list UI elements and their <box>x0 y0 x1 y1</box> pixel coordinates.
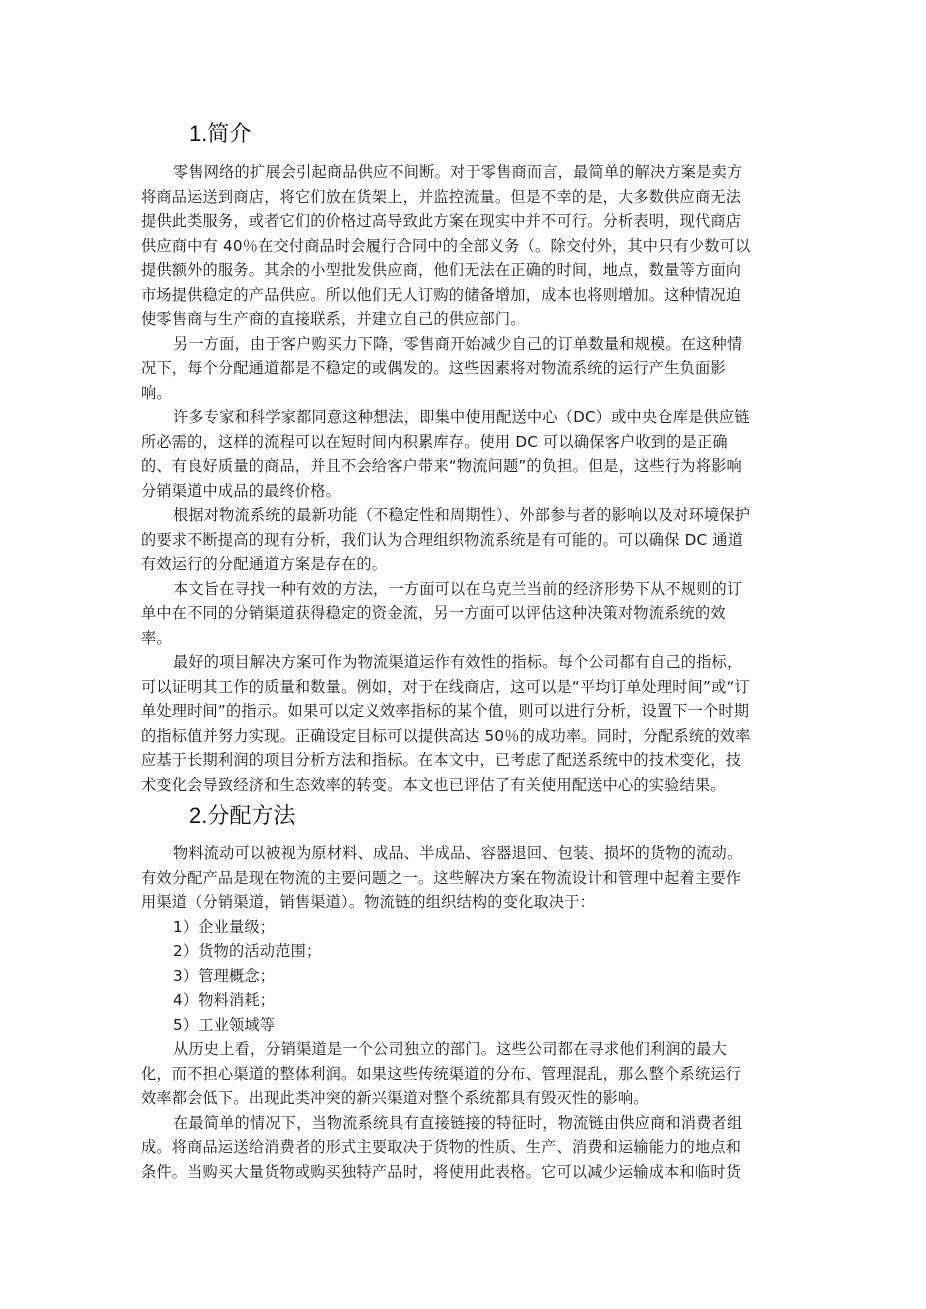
paragraph-line: 许多专家和科学家都同意这种想法，即集中使用配送中心（DC）或中央仓库是供应链 <box>173 405 750 429</box>
paragraph-line: 市场提供稳定的产品供应。所以他们无人订购的储备增加，成本也将则增加。这种情况迫 <box>141 283 741 307</box>
paragraph-line: 在最简单的情况下，当物流系统具有直接链接的特征时，物流链由供应商和消费者组 <box>173 1111 742 1135</box>
paragraph-line: 有效运行的分配通道方案是存在的。 <box>141 552 387 576</box>
paragraph-line: 的指标值并努力实现。正确设定目标可以提供高达 50％的成功率。同时，分配系统的效… <box>141 724 750 748</box>
paragraph-line: 可以证明其工作的质量和数量。例如，对于在线商店，这可以是“平均订单处理时间”或“… <box>141 675 750 699</box>
list-item: 5）工业领域等 <box>173 1013 275 1037</box>
list-item: 1）企业量级； <box>173 915 275 939</box>
paragraph-line: 条件。当购买大量货物或购买独特产品时，将使用此表格。它可以减少运输成本和临时货 <box>141 1160 741 1184</box>
paragraph-line: 术变化会导致经济和生态效率的转变。本文也已评估了有关使用配送中心的实验结果。 <box>141 773 726 797</box>
list-item: 4）物料消耗； <box>173 988 275 1012</box>
paragraph-line: 单处理时间”的指示。如果可以定义效率指标的某个值，则可以进行分析，设置下一个时期 <box>141 699 749 723</box>
paragraph-line: 率。 <box>141 626 172 650</box>
paragraph-line: 根据对物流系统的最新功能（不稳定性和周期性）、外部参与者的影响以及对环境保护 <box>173 503 750 527</box>
paragraph-line: 另一方面，由于客户购买力下降，零售商开始减少自己的订单数量和规模。在这种情 <box>173 332 742 356</box>
paragraph-line: 有效分配产品是现在物流的主要问题之一。这些解决方案在物流设计和管理中起着主要作 <box>141 866 741 890</box>
list-item: 3）管理概念； <box>173 964 275 988</box>
paragraph-line: 从历史上看，分销渠道是一个公司独立的部门。这些公司都在寻求他们利润的最大 <box>173 1037 727 1061</box>
paragraph-line: 所必需的，这样的流程可以在短时间内积累库存。使用 DC 可以确保客户收到的是正确 <box>141 430 728 454</box>
section-heading-distribution-methods: 2.分配方法 <box>189 802 295 830</box>
paragraph-line: 单中在不同的分销渠道获得稳定的资金流，另一方面可以评估这种决策对物流系统的效 <box>141 601 726 625</box>
paragraph-line: 最好的项目解决方案可作为物流渠道运作有效性的指标。每个公司都有自己的指标， <box>173 650 742 674</box>
list-item: 2）货物的活动范围； <box>173 939 321 963</box>
paragraph-line: 将商品运送到商店，将它们放在货架上，并监控流量。但是不幸的是，大多数供应商无法 <box>141 185 741 209</box>
paragraph-line: 提供此类服务，或者它们的价格过高导致此方案在现实中并不可行。分析表明，现代商店 <box>141 209 741 233</box>
paragraph-line: 的要求不断提高的现有分析，我们认为合理组织物流系统是有可能的。可以确保 DC 通… <box>141 528 743 552</box>
paragraph-line: 响。 <box>141 381 172 405</box>
paragraph-line: 效率都会低下。出现此类冲突的新兴渠道对整个系统都具有毁灭性的影响。 <box>141 1086 649 1110</box>
paragraph-line: 用渠道（分销渠道，销售渠道）。物流链的组织结构的变化取决于： <box>141 890 595 914</box>
paragraph-line: 使零售商与生产商的直接联系，并建立自己的供应部门。 <box>141 307 526 331</box>
paragraph-line: 化，而不担心渠道的整体利润。如果这些传统渠道的分布、管理混乱，那么整个系统运行 <box>141 1062 741 1086</box>
paragraph-line: 提供额外的服务。其余的小型批发供应商，他们无法在正确的时间，地点，数量等方面向 <box>141 258 741 282</box>
paragraph-line: 供应商中有 40％在交付商品时会履行合同中的全部义务（。除交付外，其中只有少数可… <box>141 234 750 258</box>
paragraph-line: 零售网络的扩展会引起商品供应不间断。对于零售商而言，最简单的解决方案是卖方 <box>173 160 742 184</box>
paragraph-line: 况下，每个分配通道都是不稳定的或偶发的。这些因素将对物流系统的运行产生负面影 <box>141 356 726 380</box>
section-heading-introduction: 1.简介 <box>189 120 251 148</box>
paragraph-line: 应基于长期利润的项目分析方法和指标。在本文中，已考虑了配送系统中的技术变化，技 <box>141 748 741 772</box>
paragraph-line: 物料流动可以被视为原材料、成品、半成品、容器退回、包装、损坏的货物的流动。 <box>173 841 742 865</box>
paragraph-line: 本文旨在寻找一种有效的方法，一方面可以在乌克兰当前的经济形势下从不规则的订 <box>173 577 742 601</box>
paragraph-line: 的、有良好质量的商品，并且不会给客户带来“物流问题”的负担。但是，这些行为将影响 <box>141 454 742 478</box>
paragraph-line: 成。将商品运送给消费者的形式主要取决于货物的性质、生产、消费和运输能力的地点和 <box>141 1135 741 1159</box>
paragraph-line: 分销渠道中成品的最终价格。 <box>141 479 341 503</box>
